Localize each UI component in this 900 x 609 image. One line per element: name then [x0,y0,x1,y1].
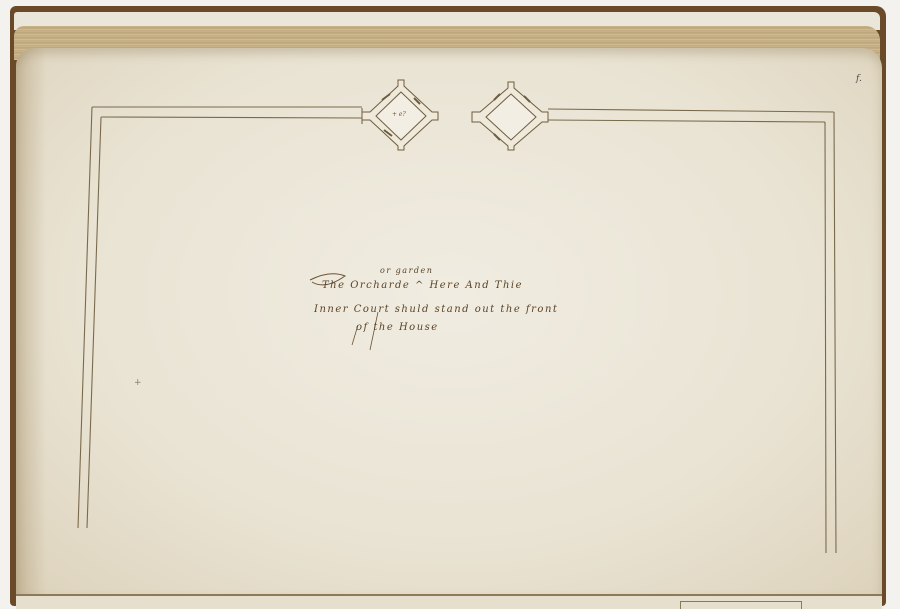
annotation-line-3: of the House [356,322,439,333]
border-rules [78,107,836,553]
annotation-line-1: The Orcharde ^ Here And Thie [322,280,523,291]
tower-label: + e? [392,111,406,118]
right-tower-plan [472,82,548,150]
annotation-insertion: or garden [380,266,433,275]
margin-mark: + [134,378,142,388]
folio-mark: f. [856,74,862,84]
annotation-line-2: Inner Court shuld stand out the front [314,304,558,315]
